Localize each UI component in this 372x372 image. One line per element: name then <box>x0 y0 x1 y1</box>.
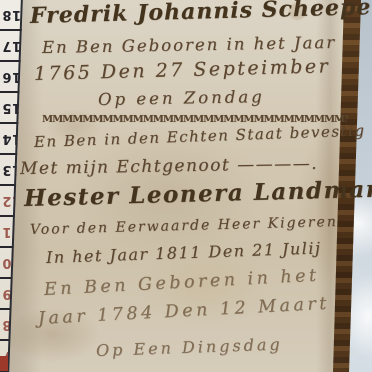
ruler-number: 18 <box>2 0 21 29</box>
ruler-red-end-mark <box>0 356 8 371</box>
birth-day-line: Op een Zondag <box>98 87 265 109</box>
manuscript-page-photo: 18 17 16 15 14 13 12 11 10 9 8 7 Fredrik… <box>0 0 372 372</box>
